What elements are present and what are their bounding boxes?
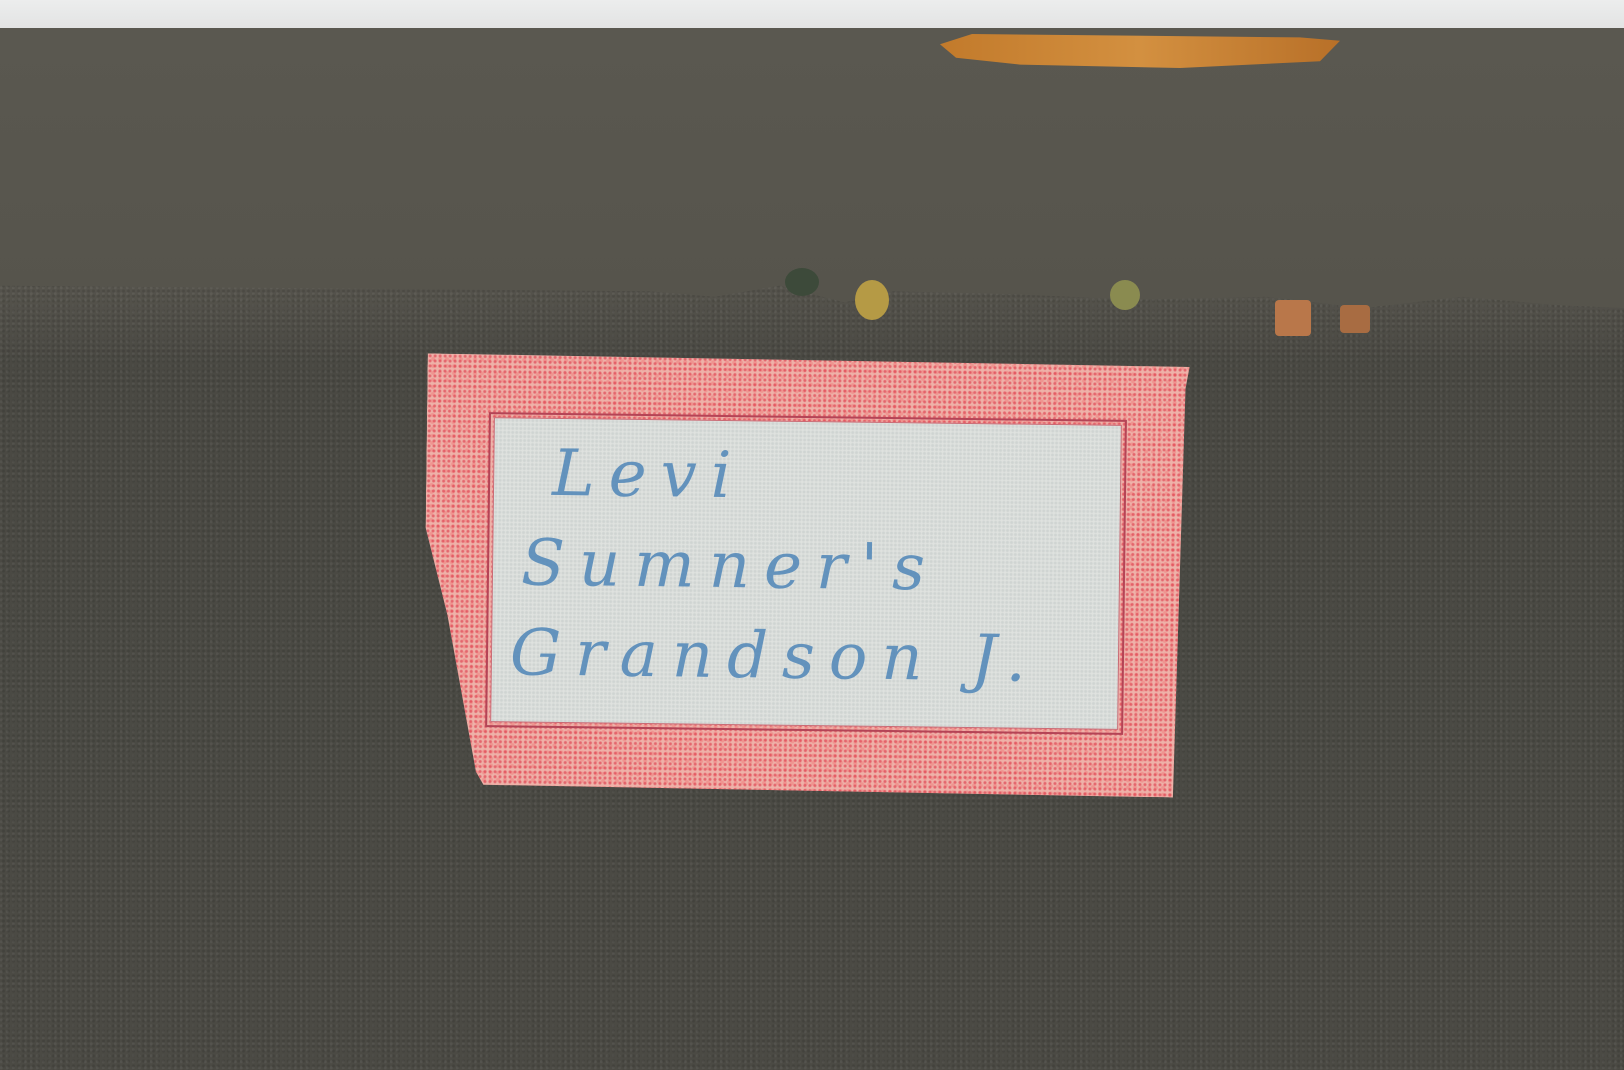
tear-spot	[1110, 280, 1140, 310]
handwritten-line: Sumner's	[511, 518, 1102, 615]
tear-spot	[1340, 305, 1370, 333]
paper-label: Levi Sumner's Grandson J.	[422, 353, 1189, 797]
board-upper-layer	[0, 28, 1624, 308]
label-frame: Levi Sumner's Grandson J.	[485, 412, 1127, 735]
handwritten-line: Grandson J.	[509, 608, 1100, 705]
tear-spot	[785, 268, 819, 296]
tear-spot	[1275, 300, 1311, 336]
tear-spot	[855, 280, 889, 320]
label-inner: Levi Sumner's Grandson J.	[490, 417, 1122, 730]
handwritten-text: Levi Sumner's Grandson J.	[509, 428, 1102, 718]
handwritten-line: Levi	[512, 428, 1103, 525]
wall-background	[0, 0, 1624, 30]
